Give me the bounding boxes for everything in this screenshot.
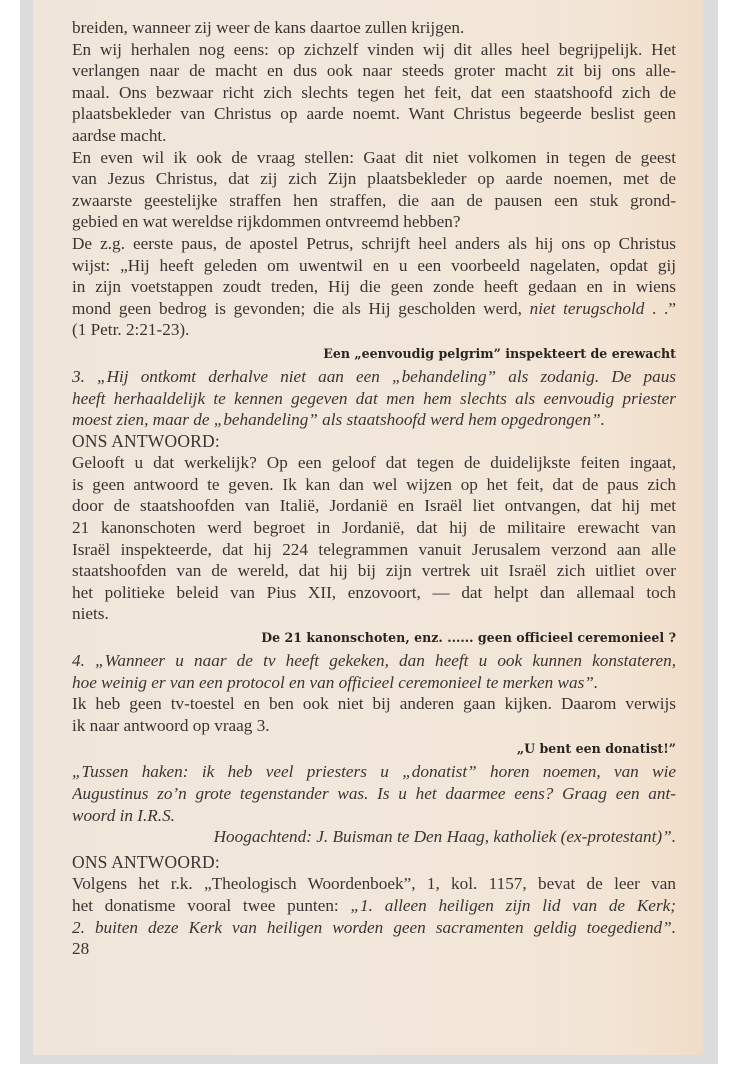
text-roman: mond geen bedrog is gevonden; die als Hi…: [72, 299, 530, 318]
text-line: het politieke beleid van Pius XII, enzov…: [72, 582, 676, 604]
text-line: zwaarste geestelijke straffen hen straff…: [72, 190, 676, 212]
text-roman: het donatisme vooral twee punten:: [72, 896, 351, 915]
paragraph: breiden, wanneer zij weer de kans daarto…: [72, 17, 676, 39]
text-line: breiden, wanneer zij weer de kans daarto…: [72, 17, 676, 39]
text-line: gebied en wat wereldse rijkdommen ontvre…: [72, 211, 676, 233]
question-paragraph: „Tussen haken: ik heb veel priesters u „…: [72, 761, 676, 826]
text-line: Augustinus zo’n grote tegenstander was. …: [72, 783, 676, 805]
text-line: staatshoofden van de wereld, dat hij bij…: [72, 560, 676, 582]
answer-label: ONS ANTWOORD:: [72, 431, 676, 453]
text-line: het donatisme vooral twee punten: „1. al…: [72, 895, 676, 917]
text-line: in zijn voetstappen zoudt treden, Hij di…: [72, 276, 676, 298]
text-line: maal. Ons bezwaar richt zich slechts teg…: [72, 82, 676, 104]
text-line: En wij herhalen nog eens: op zichzelf vi…: [72, 39, 676, 61]
paragraph: Ik heb geen tv-toestel en ben ook niet b…: [72, 693, 676, 736]
text-italic: „1. alleen heiligen zijn lid van de Kerk…: [351, 896, 676, 915]
paragraph: De z.g. eerste paus, de apostel Petrus, …: [72, 233, 676, 341]
text-line: 3. „Hij ontkomt derhalve niet aan een „b…: [72, 366, 676, 388]
text-line: Ik heb geen tv-toestel en ben ook niet b…: [72, 693, 676, 715]
question-paragraph: 4. „Wanneer u naar de tv heeft gekeken, …: [72, 650, 676, 693]
paragraph: En even wil ik ook de vraag stellen: Gaa…: [72, 147, 676, 233]
text-line: door de staatshoofden van Italië, Jordan…: [72, 495, 676, 517]
text-line: niets.: [72, 603, 676, 625]
section-heading: „U bent een donatist!”: [72, 739, 676, 759]
paragraph: Gelooft u dat werkelijk? Op een geloof d…: [72, 452, 676, 625]
text-line: 2. buiten deze Kerk van heiligen worden …: [72, 917, 676, 939]
paragraph: Volgens het r.k. „Theologisch Woordenboe…: [72, 873, 676, 938]
text-line: mond geen bedrog is gevonden; die als Hi…: [72, 298, 676, 320]
text-line: wijst: „Hij heeft geleden om uwentwil en…: [72, 255, 676, 277]
text-line: van Jezus Christus, dat zij zich Zijn pl…: [72, 168, 676, 190]
text-line: Gelooft u dat werkelijk? Op een geloof d…: [72, 452, 676, 474]
text-line: plaatsbekleder van Christus op aarde noe…: [72, 103, 676, 125]
text-roman: . .”: [644, 299, 676, 318]
text-line: aardse macht.: [72, 125, 676, 147]
citation: (1 Petr. 2:21-23).: [72, 319, 676, 341]
text-line: verlangen naar de macht en dus ook naar …: [72, 60, 676, 82]
page-text: breiden, wanneer zij weer de kans daarto…: [72, 17, 676, 960]
question-paragraph: 3. „Hij ontkomt derhalve niet aan een „b…: [72, 366, 676, 431]
text-line: 21 kanonschoten werd begroet in Jordanië…: [72, 517, 676, 539]
text-line: Israël inspekteerde, dat hij 224 telegra…: [72, 539, 676, 561]
paragraph: En wij herhalen nog eens: op zichzelf vi…: [72, 39, 676, 147]
text-line: En even wil ik ook de vraag stellen: Gaa…: [72, 147, 676, 169]
text-line: 4. „Wanneer u naar de tv heeft gekeken, …: [72, 650, 676, 672]
text-line: moest zien, maar de „behandeling” als st…: [72, 409, 676, 431]
text-line: hoe weinig er van een protocol en van of…: [72, 672, 676, 694]
section-heading: Een „eenvoudig pelgrim” inspekteert de e…: [72, 344, 676, 364]
text-line: heeft herhaaldelijk te kennen gegeven da…: [72, 388, 676, 410]
signature: Hoogachtend: J. Buisman te Den Haag, kat…: [72, 826, 676, 848]
text-line: is geen antwoord te geven. Ik kan dan we…: [72, 474, 676, 496]
section-heading: De 21 kanonschoten, enz. ...... geen off…: [72, 628, 676, 648]
text-line: ik naar antwoord op vraag 3.: [72, 715, 676, 737]
text-line: woord in I.R.S.: [72, 805, 676, 827]
text-line: Volgens het r.k. „Theologisch Woordenboe…: [72, 873, 676, 895]
text-line: De z.g. eerste paus, de apostel Petrus, …: [72, 233, 676, 255]
text-line: „Tussen haken: ik heb veel priesters u „…: [72, 761, 676, 783]
text-italic: niet terugschold: [530, 299, 645, 318]
answer-label: ONS ANTWOORD:: [72, 852, 676, 874]
page-number: 28: [72, 938, 676, 960]
